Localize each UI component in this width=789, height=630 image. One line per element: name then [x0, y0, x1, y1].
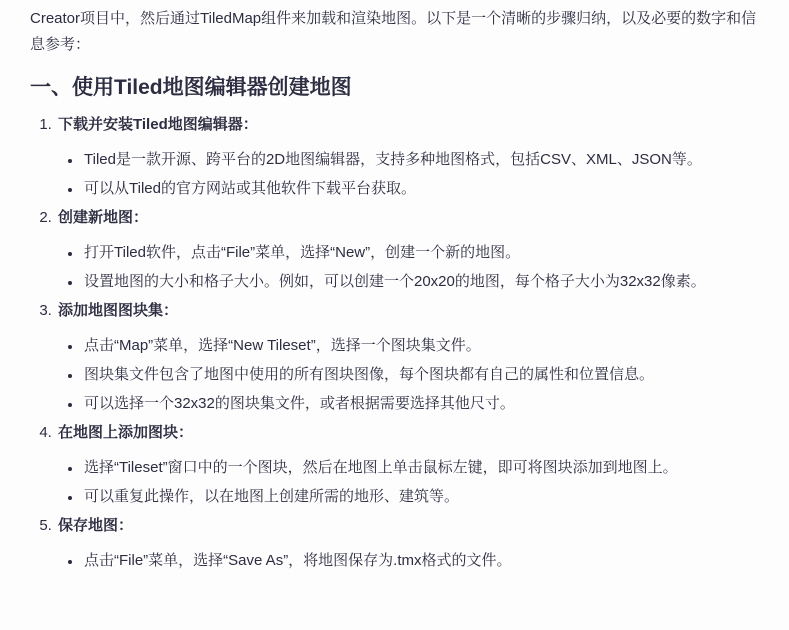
- document-body: Creator项目中，然后通过TiledMap组件来加载和渲染地图。以下是一个清…: [0, 0, 789, 574]
- intro-paragraph: Creator项目中，然后通过TiledMap组件来加载和渲染地图。以下是一个清…: [30, 6, 771, 58]
- bullet-item: 可以从Tiled的官方网站或其他软件下载平台获取。: [82, 176, 771, 202]
- bullet-item: 可以重复此操作，以在地图上创建所需的地形、建筑等。: [82, 484, 771, 510]
- step-item: 保存地图：点击“File”菜单，选择“Save As”，将地图保存为.tmx格式…: [56, 513, 771, 574]
- bullet-item: 选择“Tileset”窗口中的一个图块，然后在地图上单击鼠标左键，即可将图块添加…: [82, 455, 771, 481]
- step-bullets: 选择“Tileset”窗口中的一个图块，然后在地图上单击鼠标左键，即可将图块添加…: [58, 455, 771, 510]
- step-bullets: 点击“Map”菜单，选择“New Tileset”，选择一个图块集文件。图块集文…: [58, 333, 771, 417]
- step-title: 下载并安装Tiled地图编辑器：: [58, 116, 258, 133]
- step-item: 下载并安装Tiled地图编辑器：Tiled是一款开源、跨平台的2D地图编辑器，支…: [56, 112, 771, 202]
- step-title: 在地图上添加图块：: [58, 424, 193, 441]
- bullet-item: 图块集文件包含了地图中使用的所有图块图像，每个图块都有自己的属性和位置信息。: [82, 362, 771, 388]
- steps-list: 下载并安装Tiled地图编辑器：Tiled是一款开源、跨平台的2D地图编辑器，支…: [30, 112, 771, 574]
- step-item: 在地图上添加图块：选择“Tileset”窗口中的一个图块，然后在地图上单击鼠标左…: [56, 420, 771, 510]
- bullet-item: 可以选择一个32x32的图块集文件，或者根据需要选择其他尺寸。: [82, 391, 771, 417]
- step-item: 创建新地图：打开Tiled软件，点击“File”菜单，选择“New”，创建一个新…: [56, 205, 771, 295]
- step-title: 保存地图：: [58, 517, 133, 534]
- bullet-item: 打开Tiled软件，点击“File”菜单，选择“New”，创建一个新的地图。: [82, 240, 771, 266]
- step-title: 创建新地图：: [58, 209, 148, 226]
- bullet-item: 点击“Map”菜单，选择“New Tileset”，选择一个图块集文件。: [82, 333, 771, 359]
- step-bullets: Tiled是一款开源、跨平台的2D地图编辑器，支持多种地图格式，包括CSV、XM…: [58, 147, 771, 202]
- bullet-item: Tiled是一款开源、跨平台的2D地图编辑器，支持多种地图格式，包括CSV、XM…: [82, 147, 771, 173]
- step-bullets: 点击“File”菜单，选择“Save As”，将地图保存为.tmx格式的文件。: [58, 548, 771, 574]
- step-bullets: 打开Tiled软件，点击“File”菜单，选择“New”，创建一个新的地图。设置…: [58, 240, 771, 295]
- bullet-item: 点击“File”菜单，选择“Save As”，将地图保存为.tmx格式的文件。: [82, 548, 771, 574]
- bullet-item: 设置地图的大小和格子大小。例如，可以创建一个20x20的地图，每个格子大小为32…: [82, 269, 771, 295]
- step-item: 添加地图图块集：点击“Map”菜单，选择“New Tileset”，选择一个图块…: [56, 298, 771, 417]
- step-title: 添加地图图块集：: [58, 302, 178, 319]
- section-heading: 一、使用Tiled地图编辑器创建地图: [30, 74, 771, 102]
